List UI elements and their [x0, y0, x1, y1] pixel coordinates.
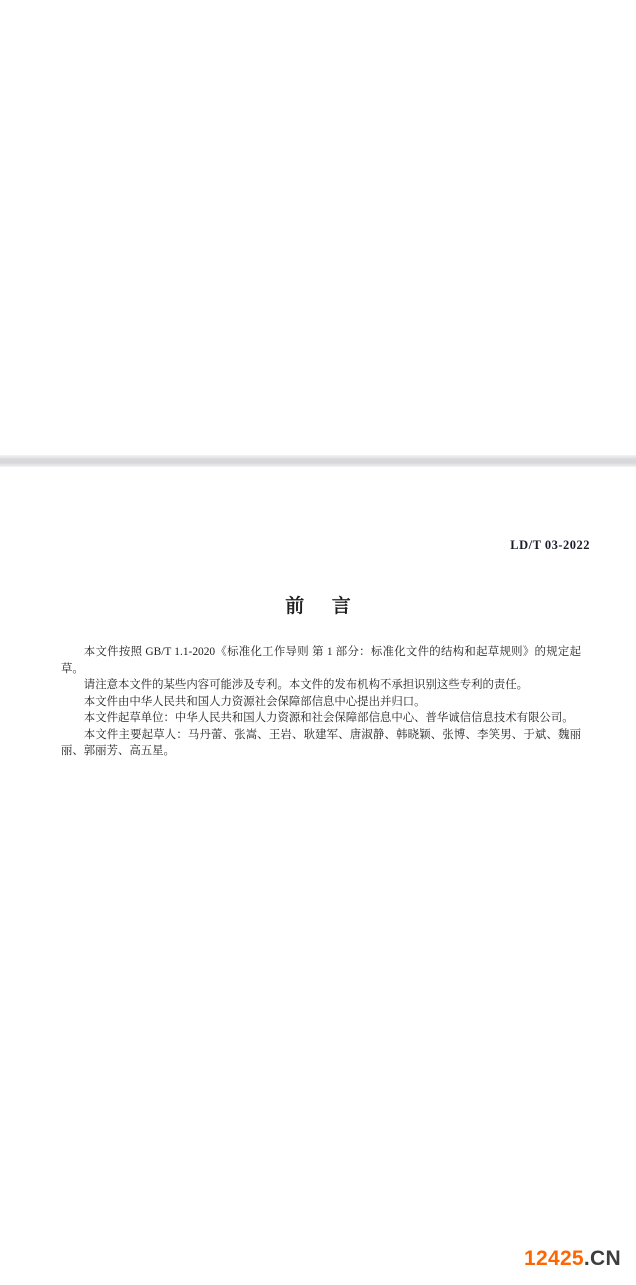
paragraph-drafting-rules: 本文件按照 GB/T 1.1-2020《标准化工作导则 第 1 部分：标准化文件…	[61, 644, 581, 677]
foreword-body: 本文件按照 GB/T 1.1-2020《标准化工作导则 第 1 部分：标准化文件…	[61, 644, 581, 760]
watermark-domain-suffix: .CN	[584, 1247, 621, 1270]
document-viewer-canvas: LD/T 03-2022 前言 本文件按照 GB/T 1.1-2020《标准化工…	[0, 0, 636, 1285]
site-watermark: 12425.CN	[524, 1247, 621, 1271]
page-separator-band	[0, 455, 636, 467]
paragraph-proposing-body: 本文件由中华人民共和国人力资源社会保障部信息中心提出并归口。	[61, 694, 581, 711]
paragraph-patent-notice: 请注意本文件的某些内容可能涉及专利。本文件的发布机构不承担识别这些专利的责任。	[61, 677, 581, 694]
paragraph-drafters: 本文件主要起草人：马丹蕾、张嵩、王岩、耿建军、唐淑静、韩晓颖、张博、李笑男、于斌…	[61, 727, 581, 760]
previous-page-blank-area	[0, 0, 636, 456]
watermark-number: 12425	[524, 1247, 584, 1270]
document-page: LD/T 03-2022 前言 本文件按照 GB/T 1.1-2020《标准化工…	[0, 467, 636, 1285]
paragraph-drafting-organizations: 本文件起草单位：中华人民共和国人力资源和社会保障部信息中心、普华诚信信息技术有限…	[61, 710, 581, 727]
foreword-title: 前言	[285, 591, 378, 618]
standard-code-header: LD/T 03-2022	[510, 538, 590, 553]
title-row: 前言	[0, 591, 636, 618]
